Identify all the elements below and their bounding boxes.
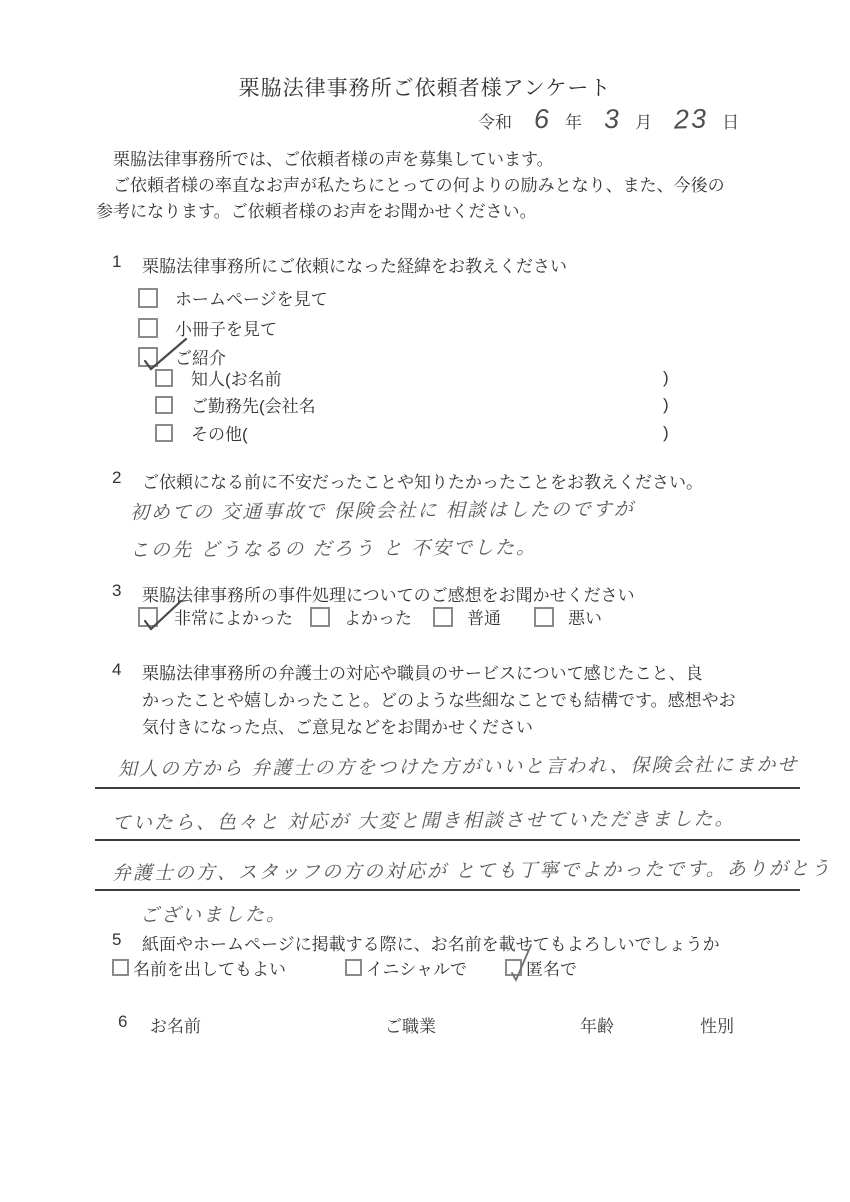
checkbox-excellent-checked[interactable] bbox=[138, 607, 158, 627]
checkbox-referral-checked[interactable] bbox=[138, 347, 158, 367]
closing-paren: ) bbox=[663, 423, 669, 443]
month-label: 月 bbox=[635, 108, 652, 133]
age-field-label: 年齢 bbox=[580, 1012, 614, 1037]
option-label: 名前を出してもよい bbox=[133, 955, 286, 980]
option-label: 悪い bbox=[568, 604, 602, 629]
year-value-handwritten: 6 bbox=[534, 106, 552, 134]
occupation-field-label: ご職業 bbox=[385, 1012, 436, 1037]
question-text: 栗脇法律事務所の弁護士の対応や職員のサービスについて感じたこと、良 かったことや… bbox=[142, 660, 736, 741]
checkbox-anonymous-checked[interactable] bbox=[505, 959, 522, 976]
date-line: 令和 6 年 3 月 23 日 bbox=[478, 106, 739, 133]
survey-page: 栗脇法律事務所ご依頼者様アンケート 令和 6 年 3 月 23 日 栗脇法律事務… bbox=[0, 0, 850, 1202]
checkbox-other[interactable] bbox=[155, 424, 173, 442]
intro-line: 参考になります。ご依頼者様のお声をお聞かせください。 bbox=[96, 199, 776, 225]
handwritten-answer-line: ていたら、色々と 対応が 大変と聞き相談させていただきました。 bbox=[112, 804, 736, 835]
option-pair-real-name: 名前を出してもよい bbox=[112, 955, 286, 980]
option-pair-average: 普通 bbox=[433, 604, 501, 629]
checkbox-booklet[interactable] bbox=[138, 318, 158, 338]
answer-rule-line bbox=[95, 889, 800, 891]
intro-line: 栗脇法律事務所では、ご依頼者様の声を募集しています。 bbox=[96, 147, 776, 173]
option-label: イニシャルで bbox=[366, 955, 467, 980]
checkbox-real-name[interactable] bbox=[112, 959, 129, 976]
question-text: ご依頼になる前に不安だったことや知りたかったことをお教えください。 bbox=[142, 468, 703, 493]
question-text-line: 気付きになった点、ご意見などをお聞かせください bbox=[142, 718, 533, 737]
sub-option-row-other: その他( ) bbox=[155, 420, 715, 445]
name-field-label: お名前 bbox=[150, 1012, 201, 1037]
option-label: よかった bbox=[344, 604, 412, 629]
question-text-line: 栗脇法律事務所の弁護士の対応や職員のサービスについて感じたこと、良 bbox=[142, 664, 703, 683]
gender-field-label: 性別 bbox=[700, 1012, 734, 1037]
question-number: 6 bbox=[118, 1012, 127, 1032]
option-pair-anonymous: 匿名で bbox=[505, 955, 577, 980]
option-label: 匿名で bbox=[526, 955, 577, 980]
option-label: ホームページを見て bbox=[175, 285, 328, 310]
question-number: 4 bbox=[112, 660, 142, 741]
option-pair-excellent: 非常によかった bbox=[138, 604, 293, 629]
question-5: 5 紙面やホームページに掲載する際に、お名前を載せてもよろしいでしょうか bbox=[112, 930, 720, 955]
handwritten-answer-line: 知人の方から 弁護士の方をつけた方がいいと言われ、保険会社にまかせ bbox=[118, 750, 799, 782]
option-row-booklet: 小冊子を見て bbox=[138, 315, 277, 340]
option-pair-bad: 悪い bbox=[534, 604, 602, 629]
intro-paragraph: 栗脇法律事務所では、ご依頼者様の声を募集しています。 ご依頼者様の率直なお声が私… bbox=[96, 147, 776, 225]
year-label: 年 bbox=[565, 108, 582, 133]
option-row-homepage: ホームページを見て bbox=[138, 285, 328, 310]
option-label: その他( bbox=[191, 420, 248, 445]
checkbox-average[interactable] bbox=[433, 607, 453, 627]
handwritten-answer-line: 初めての 交通事故で 保険会社に 相談はしたのですが bbox=[130, 494, 635, 525]
question-number: 5 bbox=[112, 930, 142, 955]
checkbox-good[interactable] bbox=[310, 607, 330, 627]
question-1: 1 栗脇法律事務所にご依頼になった経緯をお教えください bbox=[112, 252, 567, 277]
question-number: 3 bbox=[112, 581, 142, 606]
question-number: 2 bbox=[112, 468, 142, 493]
question-4: 4 栗脇法律事務所の弁護士の対応や職員のサービスについて感じたこと、良 かったこ… bbox=[112, 660, 736, 741]
handwritten-answer-line: 弁護士の方、スタッフの方の対応が とても丁寧でよかったです。ありがとう bbox=[112, 853, 832, 885]
intro-line: ご依頼者様の率直なお声が私たちにとっての何よりの励みとなり、また、今後の bbox=[96, 173, 776, 199]
q6-row: 6 お名前 ご職業 年齢 性別 bbox=[0, 1012, 850, 1038]
handwritten-answer-line: ございました。 bbox=[140, 899, 287, 927]
day-value-handwritten: 23 bbox=[674, 105, 709, 133]
sub-option-row-employer: ご勤務先(会社名 ) bbox=[155, 392, 715, 417]
option-pair-initials: イニシャルで bbox=[345, 955, 467, 980]
closing-paren: ) bbox=[663, 368, 669, 388]
option-label: 知人(お名前 bbox=[191, 365, 282, 390]
handwritten-answer-line: この先 どうなるの だろう と 不安でした。 bbox=[130, 533, 537, 563]
q3-options-row: 非常によかった よかった 普通 悪い bbox=[0, 604, 850, 632]
page-title: 栗脇法律事務所ご依頼者様アンケート bbox=[0, 72, 850, 102]
question-text: 栗脇法律事務所にご依頼になった経緯をお教えください bbox=[142, 252, 567, 277]
sub-option-row-acquaintance: 知人(お名前 ) bbox=[155, 365, 715, 390]
era-label: 令和 bbox=[478, 108, 512, 133]
option-pair-good: よかった bbox=[310, 604, 412, 629]
question-3: 3 栗脇法律事務所の事件処理についてのご感想をお聞かせください bbox=[112, 581, 635, 606]
checkbox-acquaintance[interactable] bbox=[155, 369, 173, 387]
question-2: 2 ご依頼になる前に不安だったことや知りたかったことをお教えください。 bbox=[112, 468, 703, 493]
month-value-handwritten: 3 bbox=[604, 106, 622, 134]
checkbox-employer[interactable] bbox=[155, 396, 173, 414]
question-text: 栗脇法律事務所の事件処理についてのご感想をお聞かせください bbox=[142, 581, 635, 606]
option-label: ご勤務先(会社名 bbox=[191, 392, 316, 417]
question-number: 1 bbox=[112, 252, 142, 277]
checkbox-initials[interactable] bbox=[345, 959, 362, 976]
answer-rule-line bbox=[95, 787, 800, 789]
question-text: 紙面やホームページに掲載する際に、お名前を載せてもよろしいでしょうか bbox=[142, 930, 720, 955]
option-label: 非常によかった bbox=[174, 604, 293, 629]
question-text-line: かったことや嬉しかったこと。どのような些細なことでも結構です。感想やお bbox=[142, 691, 736, 710]
day-label: 日 bbox=[722, 108, 739, 133]
checkbox-bad[interactable] bbox=[534, 607, 554, 627]
option-label: 普通 bbox=[467, 604, 501, 629]
checkbox-homepage[interactable] bbox=[138, 288, 158, 308]
answer-rule-line bbox=[95, 839, 800, 841]
option-label: 小冊子を見て bbox=[175, 315, 277, 340]
q5-options-row: 名前を出してもよい イニシャルで 匿名で bbox=[0, 955, 850, 981]
closing-paren: ) bbox=[663, 395, 669, 415]
